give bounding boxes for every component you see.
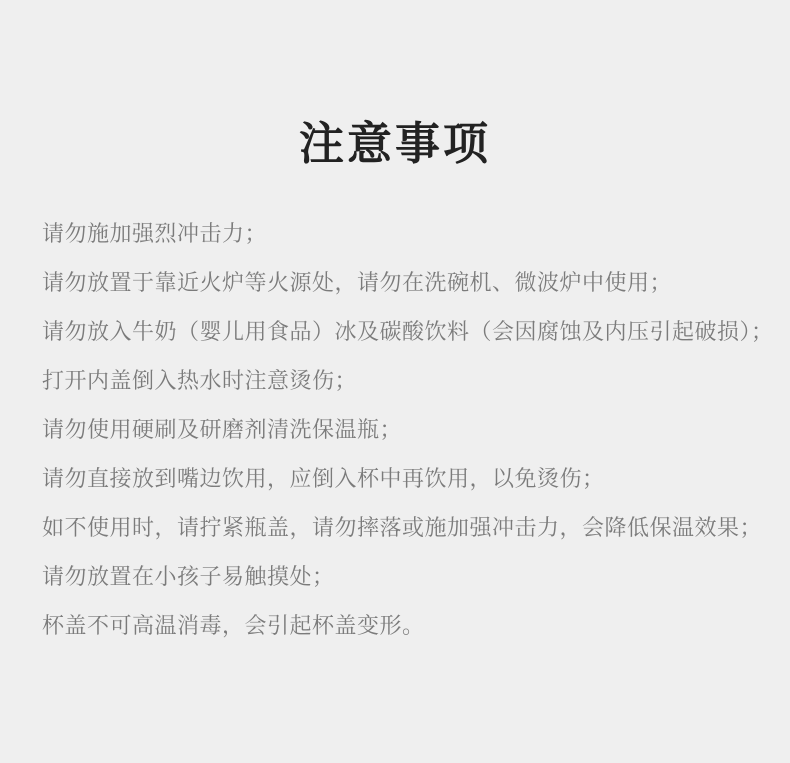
note-item: 请勿放入牛奶（婴儿用食品）冰及碳酸饮料（会因腐蚀及内压引起破损）； xyxy=(42,320,752,343)
precautions-page: 注意事项 请勿施加强烈冲击力； 请勿放置于靠近火炉等火源处，请勿在洗碗机、微波炉… xyxy=(0,0,790,763)
note-item: 请勿放置在小孩子易触摸处； xyxy=(42,565,752,588)
note-item: 请勿放置于靠近火炉等火源处，请勿在洗碗机、微波炉中使用； xyxy=(42,271,752,294)
note-item: 杯盖不可高温消毒，会引起杯盖变形。 xyxy=(42,614,752,637)
note-item: 请勿施加强烈冲击力； xyxy=(42,222,752,245)
note-item: 请勿使用硬刷及研磨剂清洗保温瓶； xyxy=(42,418,752,441)
page-title: 注意事项 xyxy=(0,0,790,170)
precautions-list: 请勿施加强烈冲击力； 请勿放置于靠近火炉等火源处，请勿在洗碗机、微波炉中使用； … xyxy=(42,222,752,637)
note-item: 如不使用时，请拧紧瓶盖，请勿摔落或施加强冲击力，会降低保温效果； xyxy=(42,516,752,539)
note-item: 请勿直接放到嘴边饮用，应倒入杯中再饮用，以免烫伤； xyxy=(42,467,752,490)
note-item: 打开内盖倒入热水时注意烫伤； xyxy=(42,369,752,392)
